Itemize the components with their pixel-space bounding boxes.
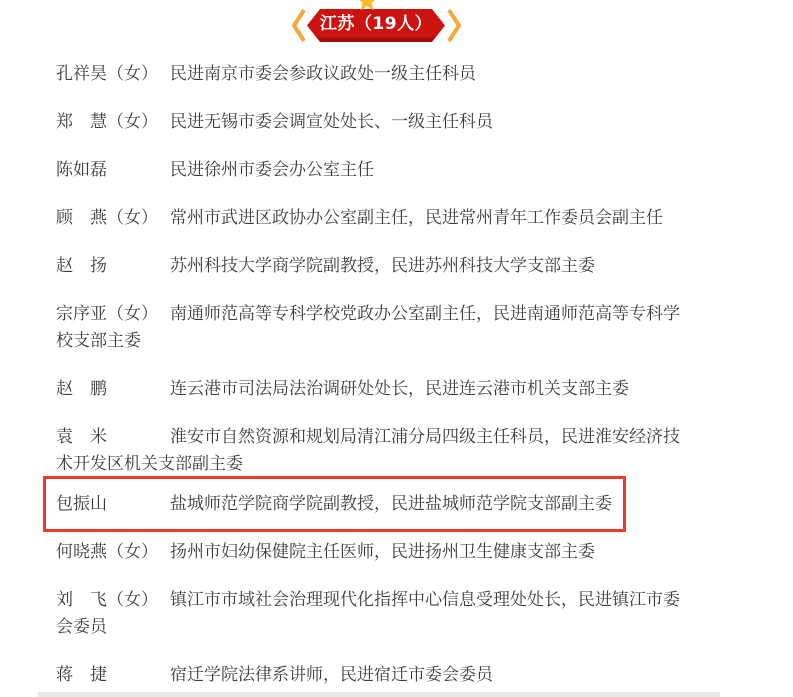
honoree-name: 顾 燕（女） — [56, 205, 170, 232]
right-chevron-icon — [447, 7, 462, 44]
honoree-title: 民进徐州市委会办公室主任 — [170, 160, 374, 180]
honoree-name: 何晓燕（女） — [56, 539, 170, 566]
list-item: 蒋 捷宿迁学院法律系讲师，民进宿迁市委会委员 — [56, 662, 693, 689]
honoree-title: 民进无锡市委会调宣处处长、一级主任科员 — [170, 112, 493, 132]
honoree-name: 蒋 捷 — [56, 662, 170, 689]
banner-title: 江苏（19人） — [320, 16, 432, 35]
honoree-name: 赵 扬 — [56, 253, 170, 280]
honoree-title: 盐城师范学院商学院副教授，民进盐城师范学院支部副主委 — [170, 494, 612, 514]
list-item: 何晓燕（女）扬州市妇幼保健院主任医师，民进扬州卫生健康支部主委 — [56, 539, 693, 566]
honoree-name: 袁 米 — [56, 424, 170, 451]
honoree-title: 宿迁学院法律系讲师，民进宿迁市委会委员 — [170, 665, 493, 685]
list-item: 宗序亚（女）南通师范高等专科学校党政办公室副主任，民进南通师范高等专科学校支部主… — [56, 301, 693, 355]
honoree-name: 宗序亚（女） — [56, 301, 170, 328]
honoree-list: 孔祥昊（女）民进南京市委会参政议政处一级主任科员郑 慧（女）民进无锡市委会调宣处… — [0, 61, 793, 689]
province-banner: ★ 江苏（19人） — [0, 0, 793, 42]
honoree-title: 连云港市司法局法治调研处处长，民进连云港市机关支部主委 — [170, 379, 629, 399]
list-item: 孔祥昊（女）民进南京市委会参政议政处一级主任科员 — [56, 61, 693, 88]
star-icon: ★ — [355, 0, 379, 15]
honoree-title: 民进南京市委会参政议政处一级主任科员 — [170, 64, 476, 84]
list-item: 赵 鹏连云港市司法局法治调研处处长，民进连云港市机关支部主委 — [56, 376, 693, 403]
honoree-title: 苏州科技大学商学院副教授，民进苏州科技大学支部主委 — [170, 256, 595, 276]
honoree-name: 包振山 — [56, 491, 170, 518]
list-item: 刘 飞（女）镇江市市域社会治理现代化指挥中心信息受理处处长，民进镇江市委会委员 — [56, 587, 693, 641]
honoree-name: 郑 慧（女） — [56, 109, 170, 136]
list-item: 包振山盐城师范学院商学院副教授，民进盐城师范学院支部副主委 — [56, 491, 693, 518]
list-item: 袁 米淮安市自然资源和规划局清江浦分局四级主任科员，民进淮安经济技术开发区机关支… — [56, 424, 693, 478]
list-item: 郑 慧（女）民进无锡市委会调宣处处长、一级主任科员 — [56, 109, 693, 136]
honoree-title: 常州市武进区政协办公室副主任，民进常州青年工作委员会副主任 — [170, 208, 663, 228]
left-chevron-icon — [291, 7, 306, 44]
award-list-page: ★ 江苏（19人） 孔祥昊（女）民进南京市委会参政议政处一级主任科员郑 慧（女）… — [0, 0, 793, 697]
honoree-name: 陈如磊 — [56, 157, 170, 184]
honoree-name: 赵 鹏 — [56, 376, 170, 403]
next-row-cutoff — [38, 692, 720, 697]
honoree-name: 孔祥昊（女） — [56, 61, 170, 88]
list-item: 赵 扬苏州科技大学商学院副教授，民进苏州科技大学支部主委 — [56, 253, 693, 280]
honoree-title: 扬州市妇幼保健院主任医师，民进扬州卫生健康支部主委 — [170, 542, 595, 562]
honoree-name: 刘 飞（女） — [56, 587, 170, 614]
list-item: 顾 燕（女）常州市武进区政协办公室副主任，民进常州青年工作委员会副主任 — [56, 205, 693, 232]
list-item: 陈如磊民进徐州市委会办公室主任 — [56, 157, 693, 184]
